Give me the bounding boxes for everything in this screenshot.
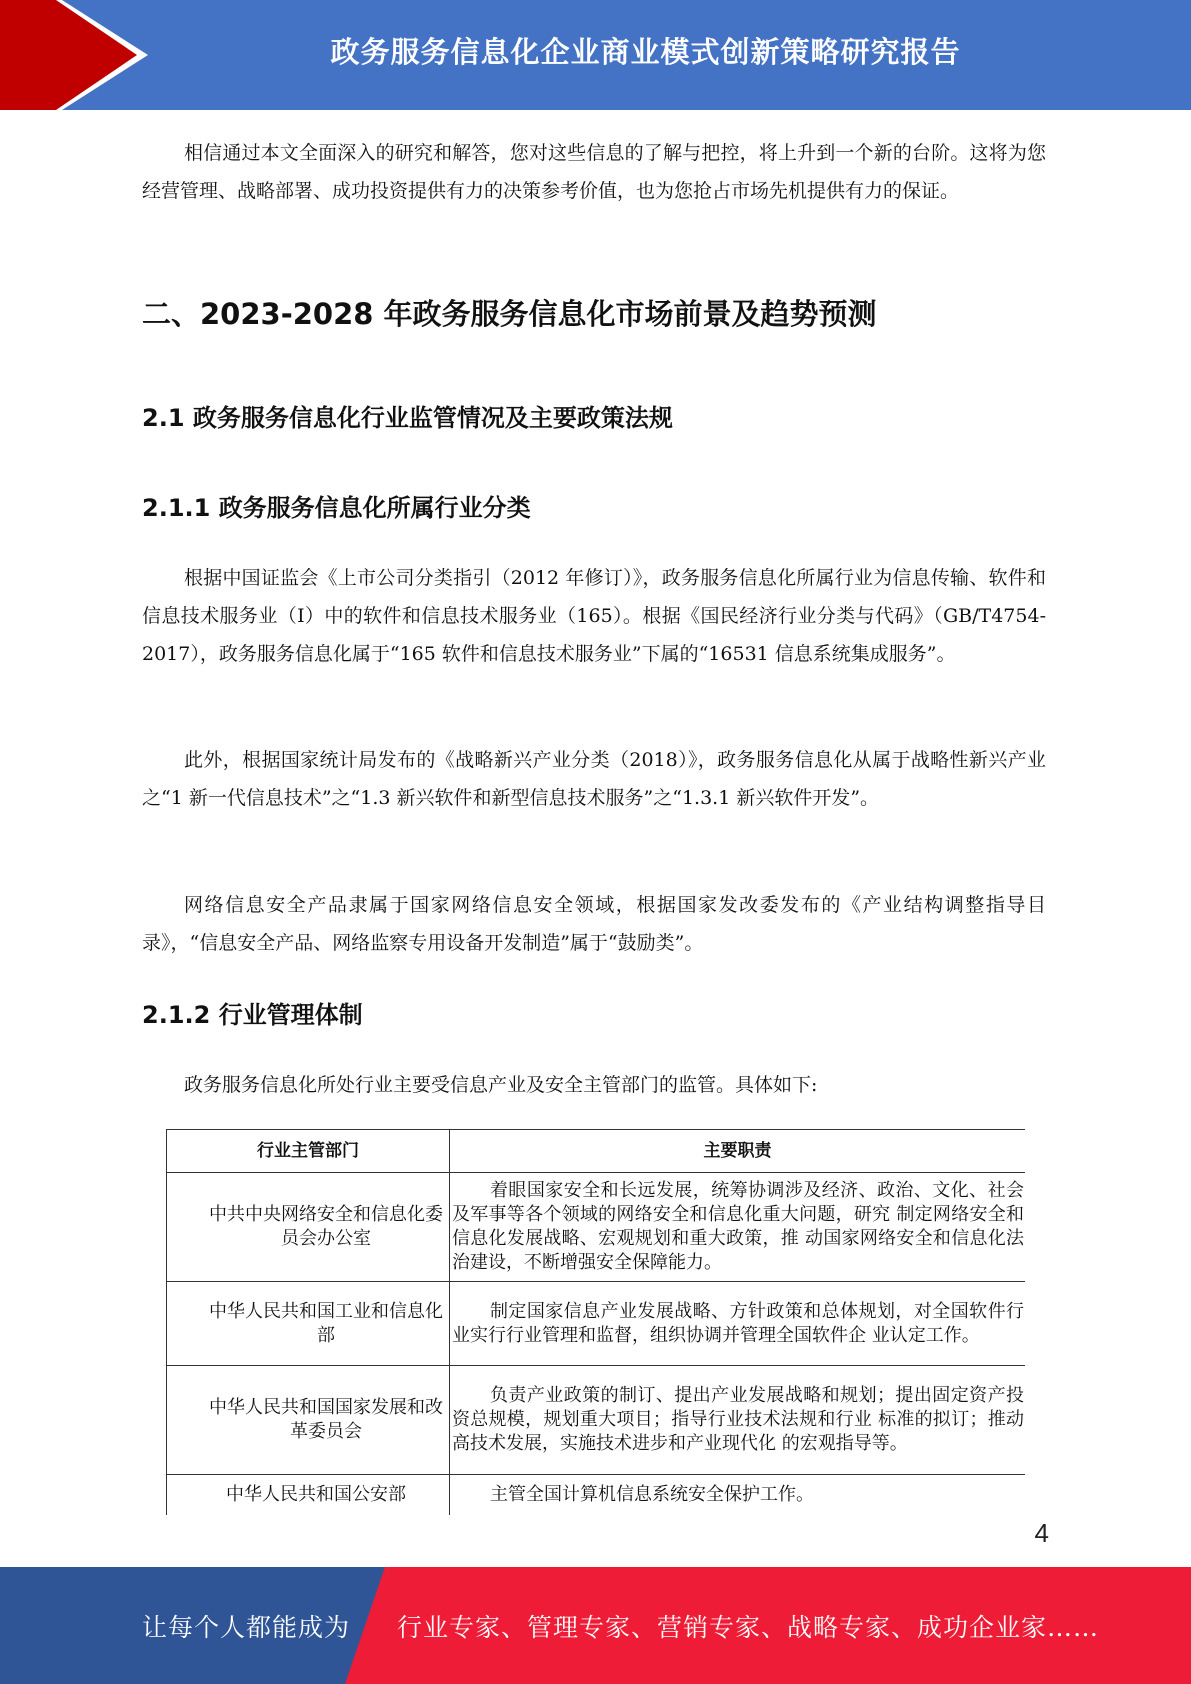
- regulator-table: 行业主管部门 主要职责 中共中央网络安全和信息化委员会办公室 着眼国家安全和长远…: [166, 1129, 1025, 1515]
- header-banner: 政务服务信息化企业商业模式创新策略研究报告: [0, 0, 1191, 110]
- report-title: 政务服务信息化企业商业模式创新策略研究报告: [210, 0, 1081, 100]
- classification-paragraph-3: 网络信息安全产品隶属于国家网络信息安全领域，根据国家发改委发布的《产业结构调整指…: [142, 886, 1046, 962]
- section-heading-2-1: 2.1 政务服务信息化行业监管情况及主要政策法规: [142, 398, 673, 433]
- section-heading-2-1-1: 2.1.1 政务服务信息化所属行业分类: [142, 488, 531, 523]
- duty-cell: 负责产业政策的制订、提出产业发展战略和规划；提出固定资产投资总规模，规划重大项目…: [450, 1366, 1026, 1475]
- section-heading-2-1-2: 2.1.2 行业管理体制: [142, 995, 363, 1030]
- page-number: 4: [1035, 1518, 1049, 1549]
- intro-paragraph: 相信通过本文全面深入的研究和解答，您对这些信息的了解与把控，将上升到一个新的台阶…: [142, 134, 1046, 210]
- column-header-dept: 行业主管部门: [167, 1130, 450, 1173]
- footer-banner: 让每个人都能成为 行业专家、管理专家、营销专家、战略专家、成功企业家……: [0, 1567, 1191, 1684]
- column-header-duty: 主要职责: [450, 1130, 1026, 1173]
- footer-slogan-right: 行业专家、管理专家、营销专家、战略专家、成功企业家……: [397, 1567, 1099, 1684]
- dept-cell: 中共中央网络安全和信息化委员会办公室: [167, 1173, 450, 1282]
- table-row: 中华人民共和国公安部 主管全国计算机信息系统安全保护工作。: [167, 1475, 1026, 1516]
- classification-paragraph-1: 根据中国证监会《上市公司分类指引（2012 年修订）》，政务服务信息化所属行业为…: [142, 559, 1046, 673]
- red-arrow-icon: [0, 0, 150, 110]
- duty-cell: 主管全国计算机信息系统安全保护工作。: [450, 1475, 1026, 1516]
- classification-paragraph-2: 此外，根据国家统计局发布的《战略新兴产业分类（2018）》，政务服务信息化从属于…: [142, 741, 1046, 817]
- duty-cell: 着眼国家安全和长远发展，统筹协调涉及经济、政治、文化、社会及军事等各个领域的网络…: [450, 1173, 1026, 1282]
- table-row: 中华人民共和国国家发展和改革委员会 负责产业政策的制订、提出产业发展战略和规划；…: [167, 1366, 1026, 1475]
- dept-cell: 中华人民共和国工业和信息化部: [167, 1282, 450, 1366]
- dept-cell: 中华人民共和国公安部: [167, 1475, 450, 1516]
- dept-cell: 中华人民共和国国家发展和改革委员会: [167, 1366, 450, 1475]
- management-intro: 政务服务信息化所处行业主要受信息产业及安全主管部门的监管。具体如下:: [142, 1066, 1046, 1104]
- table-row: 中华人民共和国工业和信息化部 制定国家信息产业发展战略、方针政策和总体规划，对全…: [167, 1282, 1026, 1366]
- table-header-row: 行业主管部门 主要职责: [167, 1130, 1026, 1173]
- footer-slogan-left: 让每个人都能成为: [142, 1567, 350, 1684]
- section-heading-2: 二、2023-2028 年政务服务信息化市场前景及趋势预测: [142, 292, 877, 333]
- duty-cell: 制定国家信息产业发展战略、方针政策和总体规划，对全国软件行业实行行业管理和监督，…: [450, 1282, 1026, 1366]
- table-row: 中共中央网络安全和信息化委员会办公室 着眼国家安全和长远发展，统筹协调涉及经济、…: [167, 1173, 1026, 1282]
